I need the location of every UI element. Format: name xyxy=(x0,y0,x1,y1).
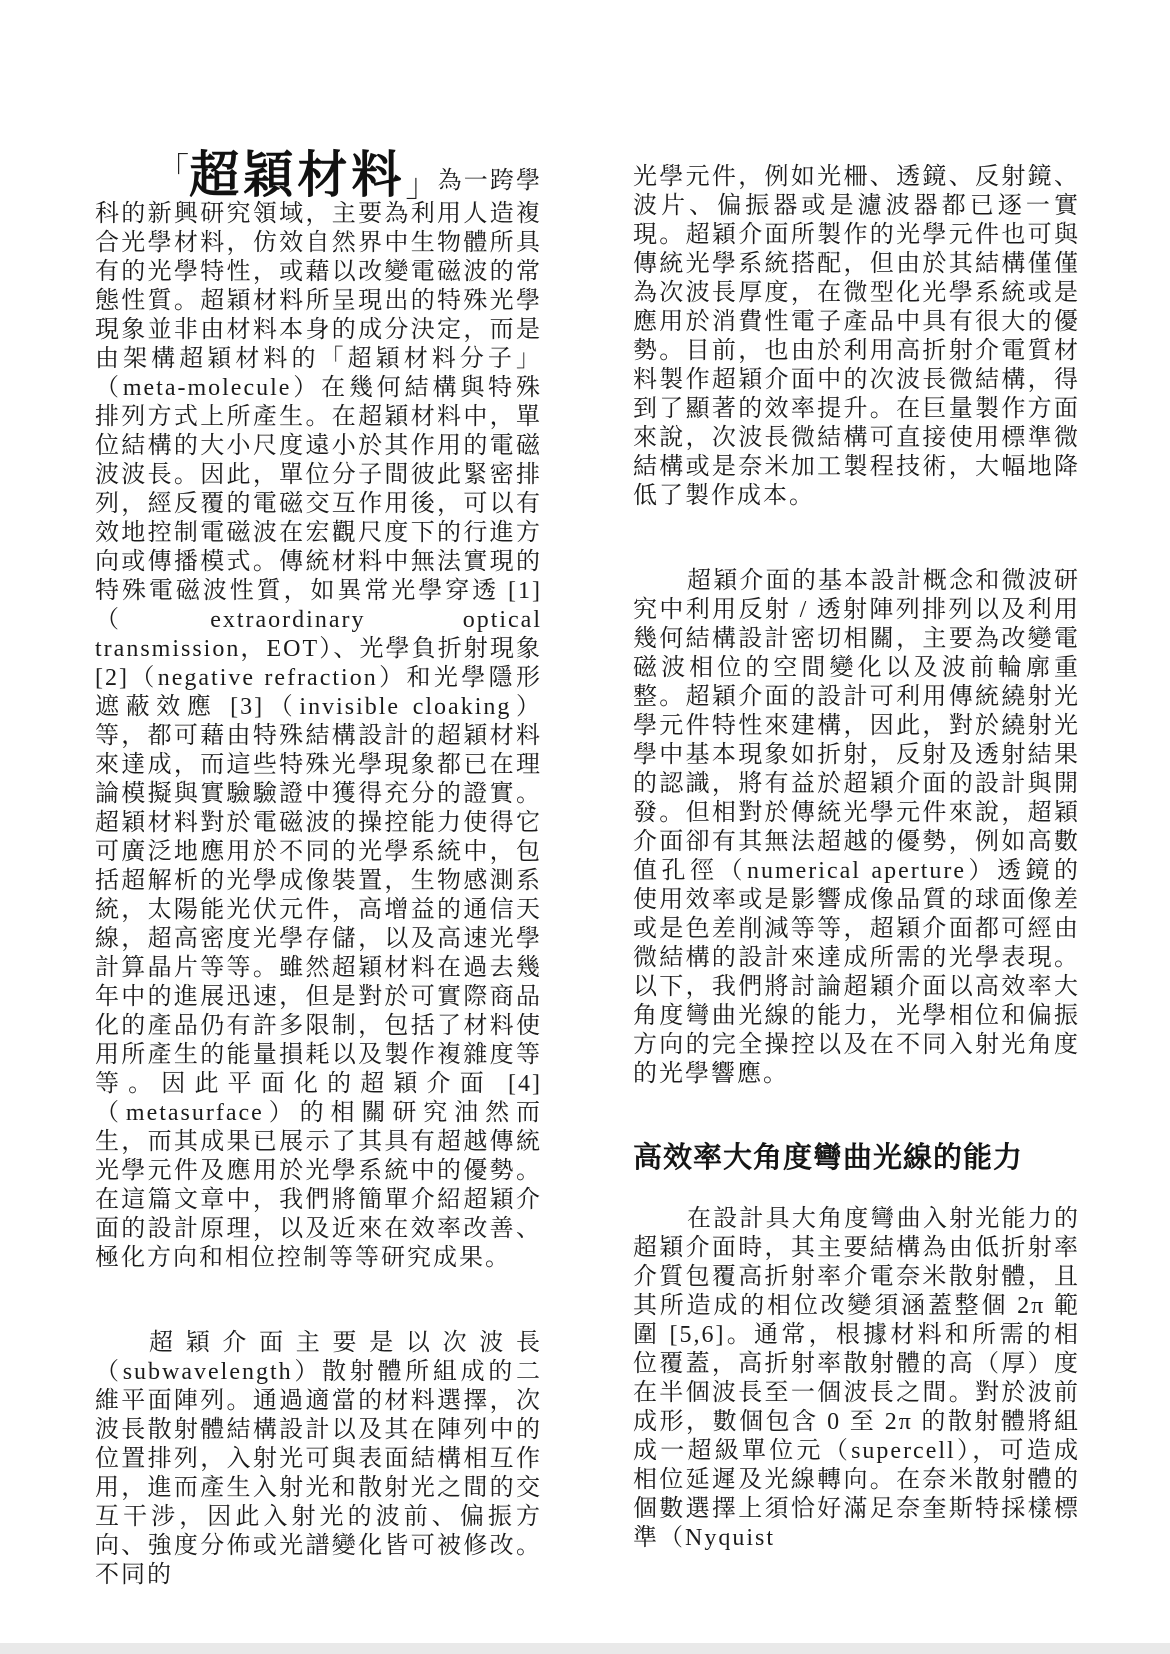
title-open-bracket: 「 xyxy=(157,151,189,187)
title-close-bracket: 」 xyxy=(406,167,438,203)
paragraph: 光學元件，例如光柵、透鏡、反射鏡、波片、偏振器或是濾波器都已逐一實現。超穎介面所… xyxy=(633,163,1080,511)
paragraph: 在設計具大角度彎曲入射光能力的超穎介面時，其主要結構為由低折射率介質包覆高折射率… xyxy=(633,1205,1080,1553)
article-page: 「超穎材料」為一跨學科的新興研究領域，主要為利用人造複合光學材料，仿效自然界中生… xyxy=(0,0,1170,1654)
article-title: 超穎材料 xyxy=(189,147,405,203)
paragraph: 超穎介面主要是以次波長（subwavelength）散射體所組成的二維平面陣列。… xyxy=(95,1329,542,1590)
page-bottom-strip xyxy=(0,1643,1170,1654)
right-column: 光學元件，例如光柵、透鏡、反射鏡、波片、偏振器或是濾波器都已逐一實現。超穎介面所… xyxy=(633,163,1080,1553)
left-column: 「超穎材料」為一跨學科的新興研究領域，主要為利用人造複合光學材料，仿效自然界中生… xyxy=(95,150,542,1590)
section-heading: 高效率大角度彎曲光線的能力 xyxy=(633,1141,1080,1175)
paragraph-text: 新興研究領域，主要為利用人造複合光學材料，仿效自然界中生物體所具有的光學特性，或… xyxy=(95,201,542,1271)
paragraph: 超穎介面的基本設計概念和微波研究中利用反射 / 透射陣列排列以及利用幾何結構設計… xyxy=(633,567,1080,1089)
lead-paragraph: 「超穎材料」為一跨學科的新興研究領域，主要為利用人造複合光學材料，仿效自然界中生… xyxy=(95,150,542,1273)
